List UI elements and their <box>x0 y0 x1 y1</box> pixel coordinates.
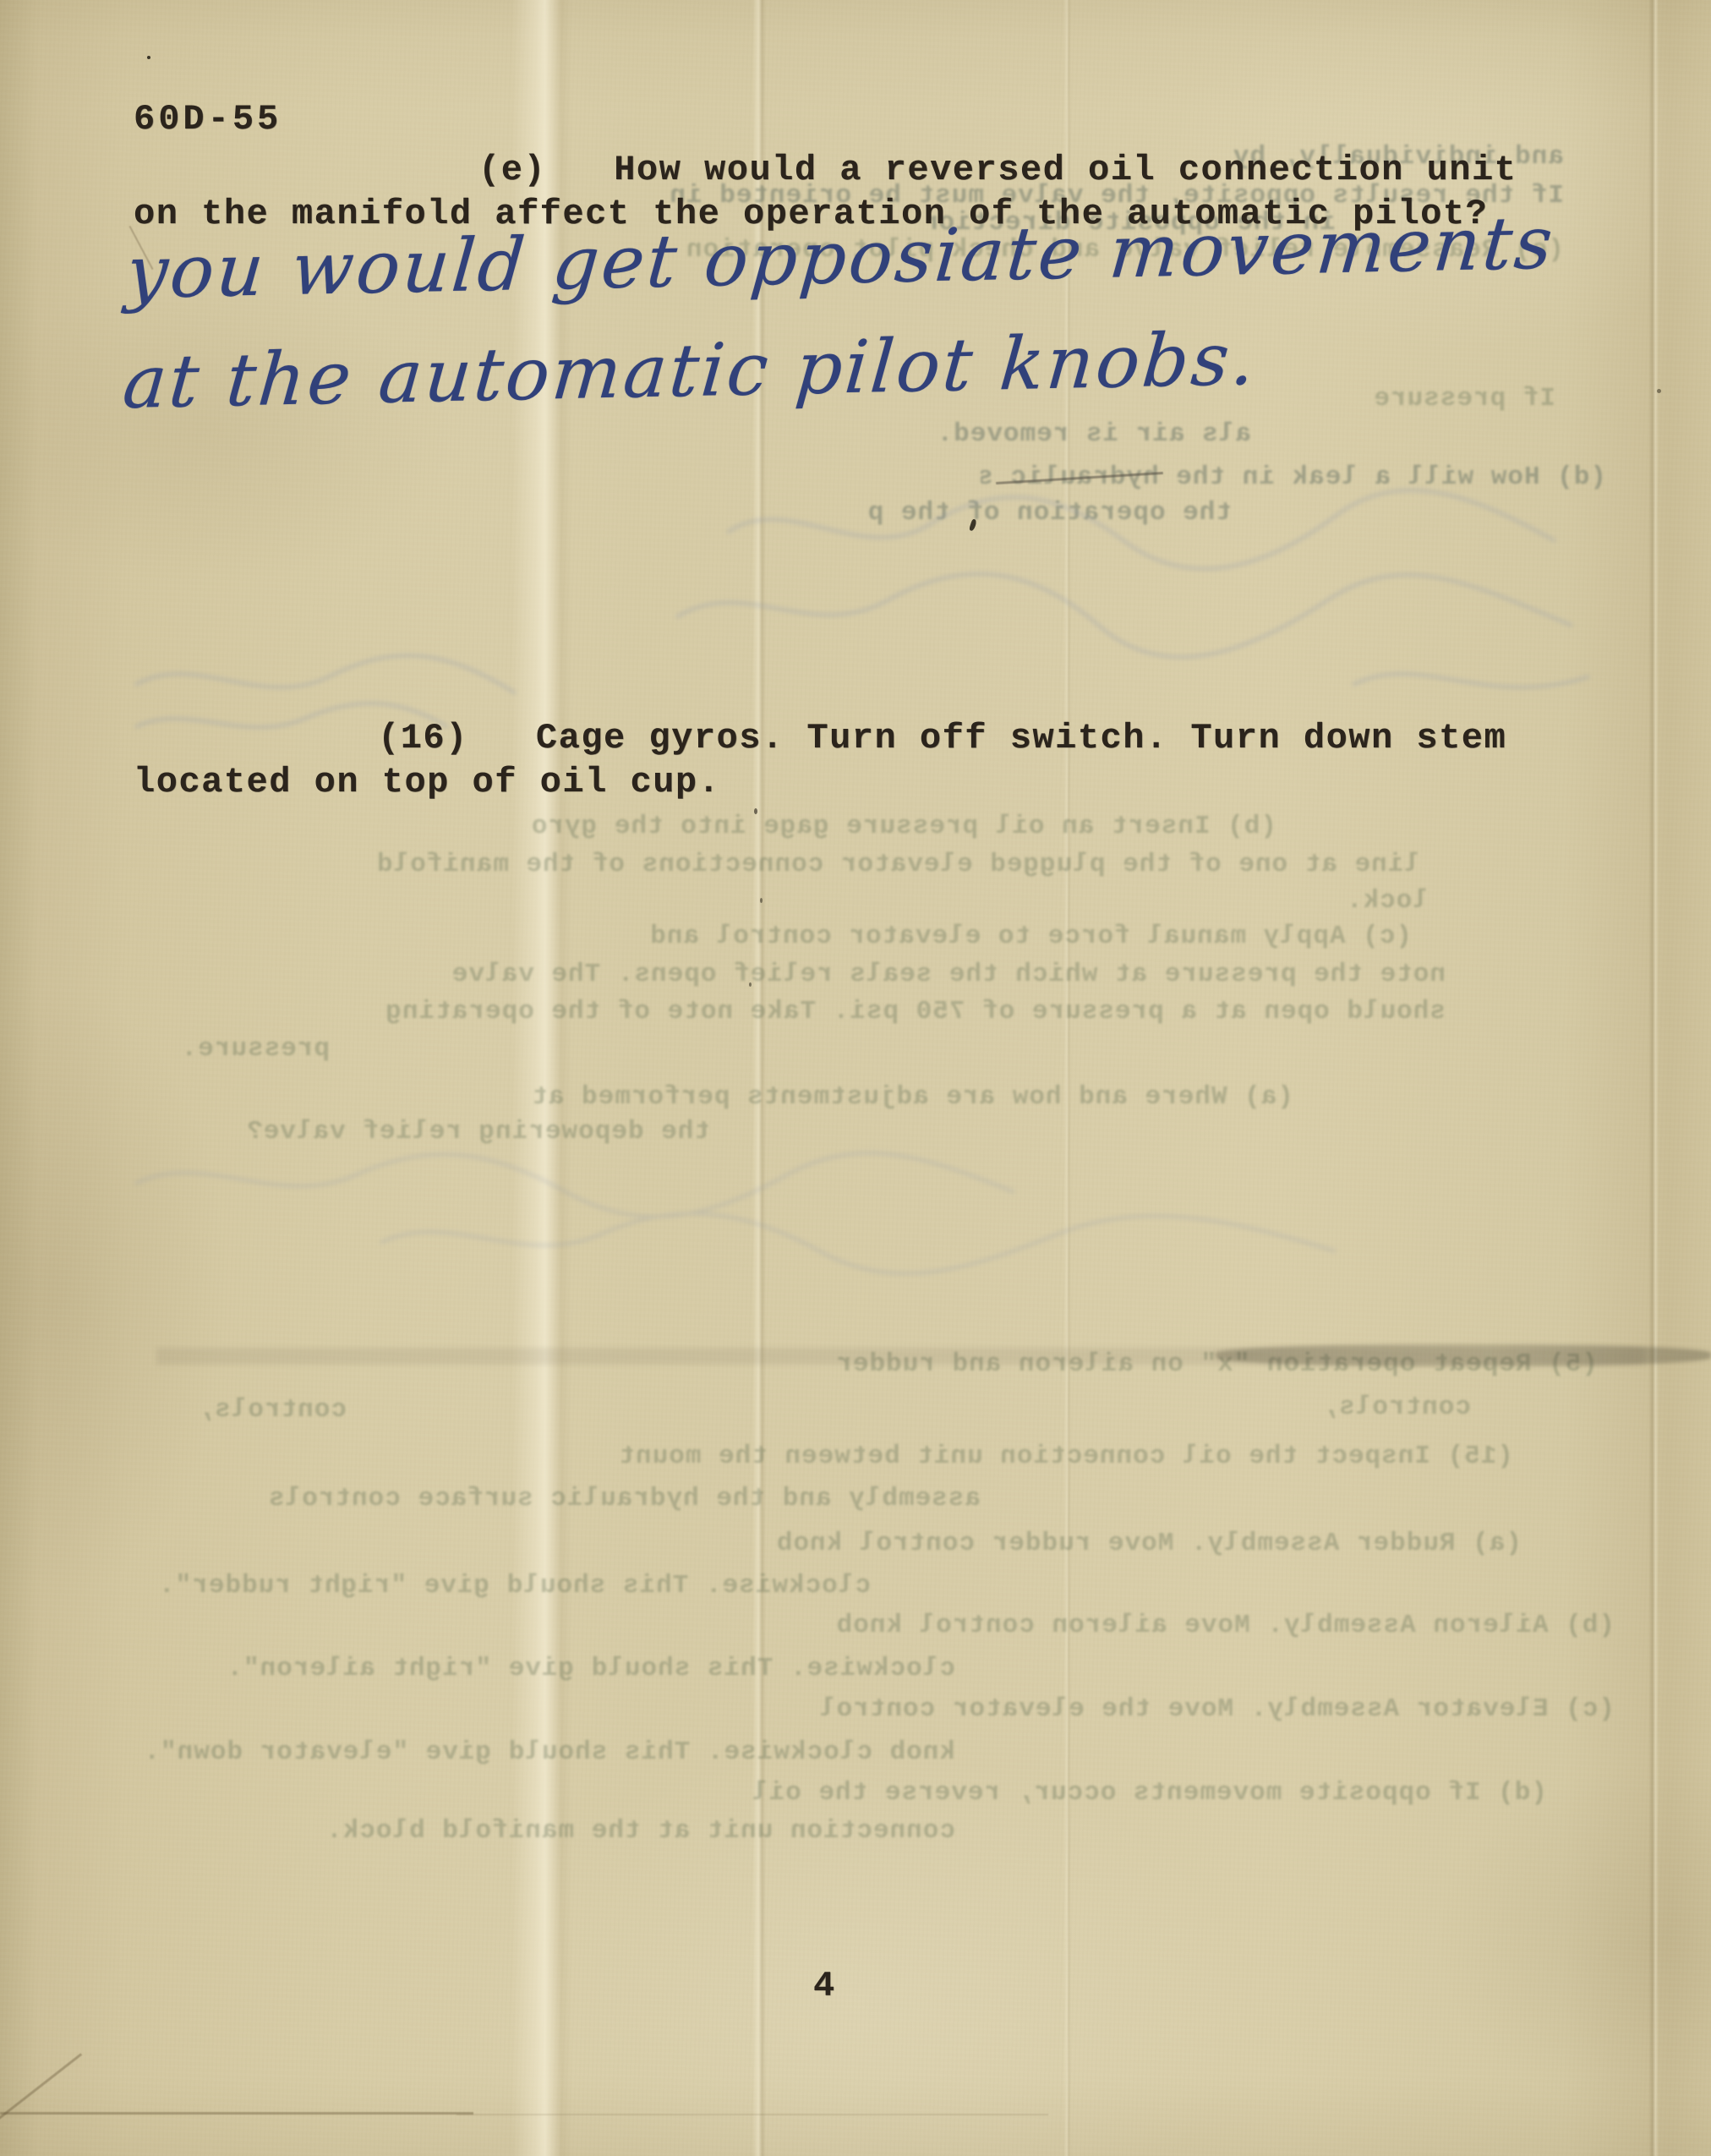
bleedthrough-line: note the pressure at which the seals rel… <box>127 958 1446 992</box>
bleedthrough-line: controls, <box>127 1393 347 1427</box>
scanned-document-page: { "document": { "doc_number": "60D-55", … <box>0 0 1711 2156</box>
bleedthrough-line: assembly and the hydraulic surface contr… <box>127 1482 981 1516</box>
ink-speck <box>147 56 150 59</box>
page-number: 4 <box>813 1965 836 2007</box>
bleedthrough-line: knob clockwise. This should give "elevat… <box>127 1736 955 1770</box>
bleedthrough-line: (15) Inspect the oil connection unit bet… <box>279 1440 1513 1474</box>
bleedthrough-line: controls, <box>1302 1391 1471 1425</box>
bleedthrough-line: (a) Where and how are adjustments perfor… <box>279 1081 1293 1114</box>
bleedthrough-line: (a) Rudder Assembly. Move rudder control… <box>279 1527 1522 1561</box>
bottom-crease-line-faint <box>456 2114 1048 2115</box>
bleedthrough-line: lock. <box>1310 884 1429 918</box>
bottom-crease-line <box>0 2112 473 2115</box>
ink-speck <box>760 898 763 903</box>
bleedthrough-line: If pressure <box>1268 382 1555 416</box>
instruction-line-2: located on top of oil cup. <box>134 761 720 803</box>
bleedthrough-line: (c) Apply manual force to elevator contr… <box>279 920 1412 954</box>
bleedthrough-line: pressure. <box>127 1032 330 1066</box>
bleedthrough-line: clockwise. This should give "right ailer… <box>127 1652 955 1686</box>
bleedthrough-line: line at one of the plugged elevator conn… <box>127 848 1420 882</box>
bleedthrough-line: als air is removed. <box>828 418 1251 451</box>
bleedthrough-line: connection unit at the manifold block. <box>254 1814 955 1848</box>
doc-number: 60D-55 <box>134 98 282 140</box>
bleedthrough-line: (b) Aileron Assembly. Move aileron contr… <box>279 1609 1615 1643</box>
ink-speck <box>754 808 757 814</box>
handwriting-bleedthrough-lower <box>85 1133 1564 1285</box>
question-line-1: (e) How would a reversed oil connection … <box>478 149 1517 191</box>
bleedthrough-line: clockwise. This should give "right rudde… <box>127 1569 871 1603</box>
bleedthrough-line: should open at a pressure of 750 psi. Ta… <box>127 995 1446 1029</box>
smudge-band-dark <box>1216 1344 1711 1366</box>
handwriting-bleedthrough-upper <box>85 473 1648 752</box>
page-edge-line-right <box>1648 0 1659 2156</box>
bleedthrough-line: (c) Elevator Assembly. Move the elevator… <box>423 1693 1615 1726</box>
bleedthrough-line: (b) Insert an oil pressure gage into the… <box>279 810 1276 844</box>
ink-speck <box>1657 389 1661 393</box>
ink-speck <box>749 982 752 987</box>
instruction-line-1: (16) Cage gyros. Turn off switch. Turn d… <box>378 717 1506 759</box>
bleedthrough-line: (d) If opposite movements occur, reverse… <box>279 1776 1547 1810</box>
